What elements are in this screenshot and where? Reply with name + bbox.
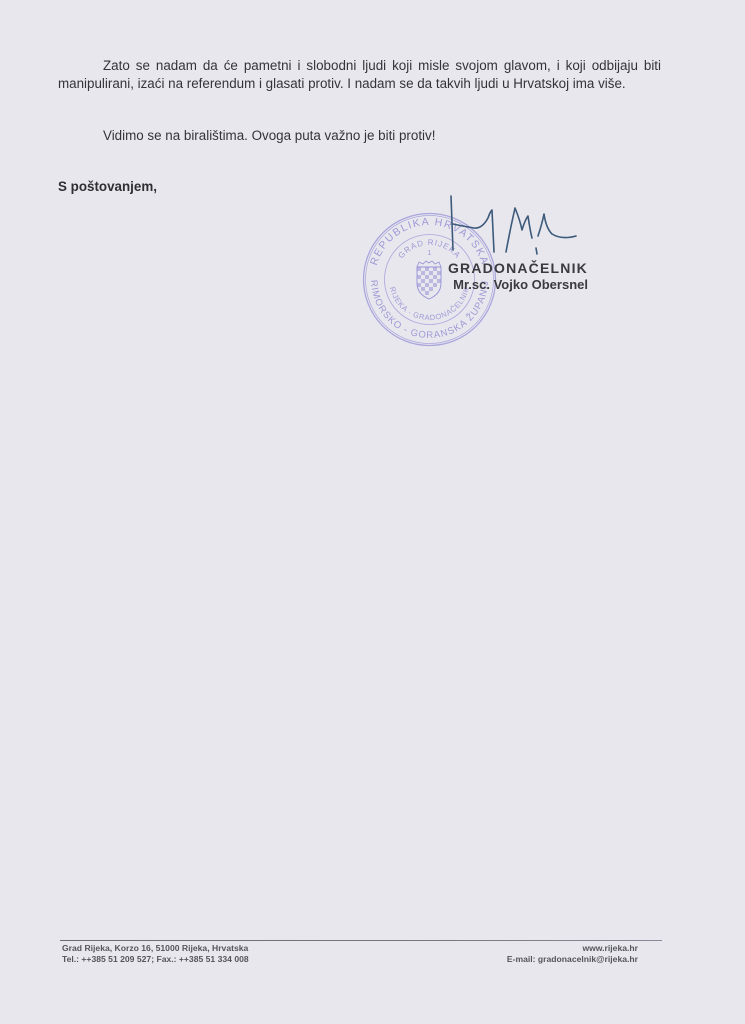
letter-page: Zato se nadam da će pametni i slobodni l… [0, 0, 745, 1024]
signatory-block: GRADONAČELNIK Mr.sc. Vojko Obersnel [423, 260, 588, 293]
signature-icon [440, 190, 590, 270]
letter-paragraph-1: Zato se nadam da će pametni i slobodni l… [58, 57, 661, 92]
letter-paragraph-2: Vidimo se na biralištima. Ovoga puta važ… [58, 127, 661, 145]
footer-contact-left: Grad Rijeka, Korzo 16, 51000 Rijeka, Hrv… [62, 943, 249, 965]
footer-contact-right: www.rijeka.hr E-mail: gradonacelnik@rije… [507, 943, 638, 965]
paragraph-2-text: Vidimo se na biralištima. Ovoga puta važ… [103, 128, 435, 143]
footer-phone-fax: Tel.: ++385 51 209 527; Fax.: ++385 51 3… [62, 954, 249, 965]
signatory-name: Mr.sc. Vojko Obersnel [423, 277, 588, 293]
footer-email: E-mail: gradonacelnik@rijeka.hr [507, 954, 638, 965]
paragraph-1-text: Zato se nadam da će pametni i slobodni l… [58, 58, 661, 91]
footer-divider [60, 940, 662, 941]
footer-website: www.rijeka.hr [507, 943, 638, 954]
closing-salutation: S poštovanjem, [58, 179, 157, 194]
signatory-role: GRADONAČELNIK [423, 260, 588, 277]
svg-text:1: 1 [428, 250, 432, 257]
footer-address: Grad Rijeka, Korzo 16, 51000 Rijeka, Hrv… [62, 943, 249, 954]
